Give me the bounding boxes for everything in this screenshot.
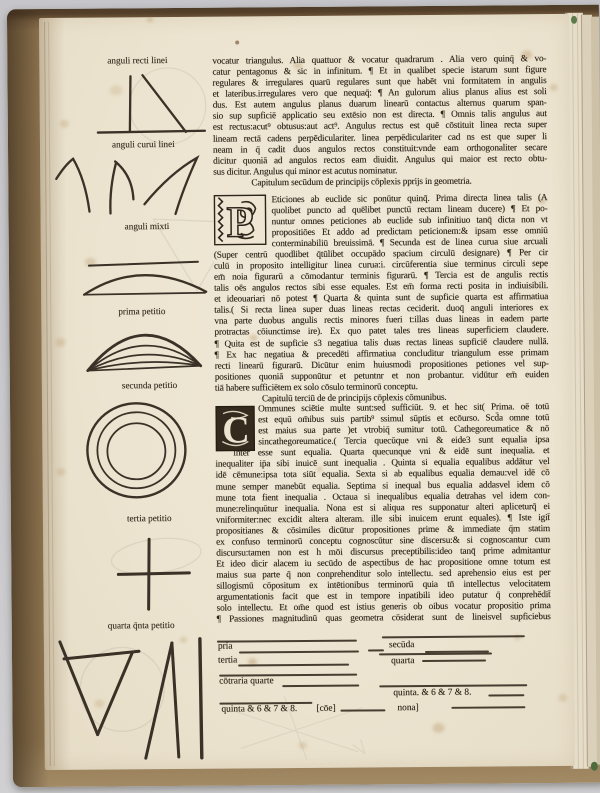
figure-mixed-angles	[84, 262, 206, 295]
pencil-ghost-marks	[75, 67, 218, 731]
figure-right-angles	[97, 75, 204, 133]
table-label-quarta: quarta	[391, 656, 415, 666]
table-label-quinta-left: quinta & 6 & 7 & 8.	[221, 704, 297, 715]
figure-second-petition	[87, 403, 186, 498]
paragraph-common-notions: Ommunes sciētie multe sunt:sed sufficiūt…	[215, 402, 551, 626]
foxing-spot	[147, 17, 153, 22]
figure-curved-angles	[56, 158, 197, 215]
table-rule	[368, 649, 384, 651]
figure-label-anguli-curvi: anguli curui linei	[112, 139, 175, 149]
foxing-spot	[558, 694, 567, 702]
ink-spot	[235, 40, 239, 44]
table-label-nona: nona]	[397, 703, 418, 713]
table-rule	[488, 694, 524, 696]
figure-label-anguli-recti: anguli recti linei	[107, 55, 167, 65]
woodcut-initial-C: C	[215, 405, 255, 451]
table-label-coe: [cōe]	[316, 704, 335, 714]
table-label-tertia: tertia	[218, 656, 237, 666]
petition-table: pria secūda tertia quarta cōtraria quart…	[0, 0, 597, 2]
svg-text:C: C	[222, 409, 250, 451]
svg-text:P: P	[226, 197, 253, 245]
book: anguli recti linei anguli curui linei an…	[0, 0, 600, 793]
table-rule	[340, 709, 385, 711]
figure-third-petition	[118, 539, 190, 610]
table-label-contraria-quarte: cōtraria quarte	[219, 676, 273, 686]
figure-first-petition	[87, 335, 200, 371]
clasp-remnant	[571, 16, 577, 24]
table-label-quinta-right: quinta. & 6 & 7 & 8.	[393, 688, 471, 699]
foxing-spot	[550, 84, 558, 91]
table-label-prima: pria	[218, 642, 233, 652]
figure-label-tertia-petitio: tertia petitio	[127, 513, 172, 523]
clasp-remnant	[591, 762, 598, 771]
margin-diagrams	[37, 51, 218, 772]
figure-label-quarta-quinta-petitio: quarta q̄nta petitio	[108, 620, 175, 631]
paragraph-angles: vocatur triangulus. Alia quattuor & voca…	[212, 54, 547, 190]
figure-label-secunda-petitio: secunda petitio	[122, 380, 177, 390]
table-label-secunda: secūda	[389, 640, 415, 650]
figure-label-anguli-mixti: anguli mixti	[125, 221, 170, 231]
woodcut-initial-P: P	[213, 194, 266, 245]
pencil-ghost-star	[222, 689, 423, 766]
foxing-spot	[433, 723, 445, 733]
figure-label-prima-petitio: prima petitio	[118, 306, 165, 316]
